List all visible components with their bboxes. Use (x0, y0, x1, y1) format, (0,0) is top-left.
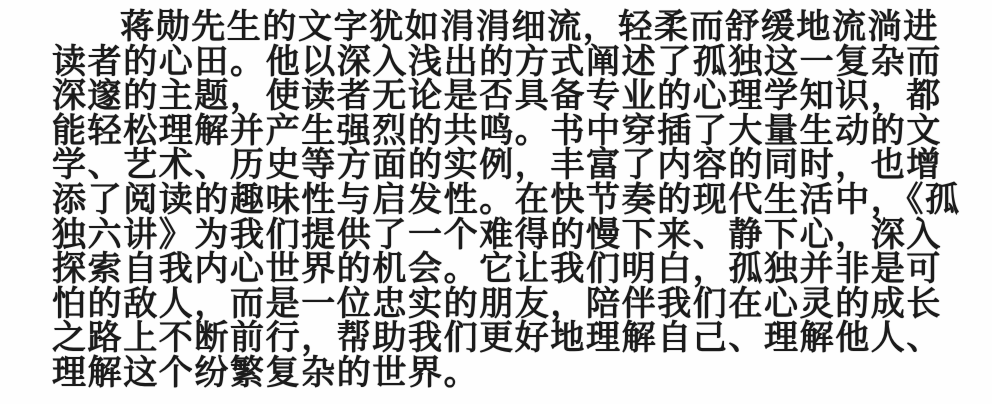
text-line: 之路上不断前行，帮助我们更好地理解自己、理解他人、 (52, 321, 947, 356)
text-line: 理解这个纷繁复杂的世界。 (52, 356, 947, 391)
text-line: 能轻松理解并产生强烈的共鸣。书中穿插了大量生动的文 (52, 114, 947, 149)
text-line: 学、艺术、历史等方面的实例，丰富了内容的同时，也增 (52, 148, 947, 183)
text-line: 添了阅读的趣味性与启发性。在快节奏的现代生活中，《孤 (52, 183, 947, 218)
text-line: 蒋勋先生的文字犹如涓涓细流，轻柔而舒缓地流淌进 (52, 10, 947, 45)
text-line: 深邃的主题，使读者无论是否具备专业的心理学知识，都 (52, 79, 947, 114)
text-line: 探索自我内心世界的机会。它让我们明白，孤独并非是可 (52, 252, 947, 287)
text-image-page: 蒋勋先生的文字犹如涓涓细流，轻柔而舒缓地流淌进 读者的心田。他以深入浅出的方式阐… (0, 0, 992, 404)
text-line: 独六讲》为我们提供了一个难得的慢下来、静下心，深入 (52, 218, 947, 253)
text-line: 读者的心田。他以深入浅出的方式阐述了孤独这一复杂而 (52, 45, 947, 80)
paragraph: 蒋勋先生的文字犹如涓涓细流，轻柔而舒缓地流淌进 读者的心田。他以深入浅出的方式阐… (52, 10, 947, 391)
text-line: 怕的敌人，而是一位忠实的朋友，陪伴我们在心灵的成长 (52, 287, 947, 322)
